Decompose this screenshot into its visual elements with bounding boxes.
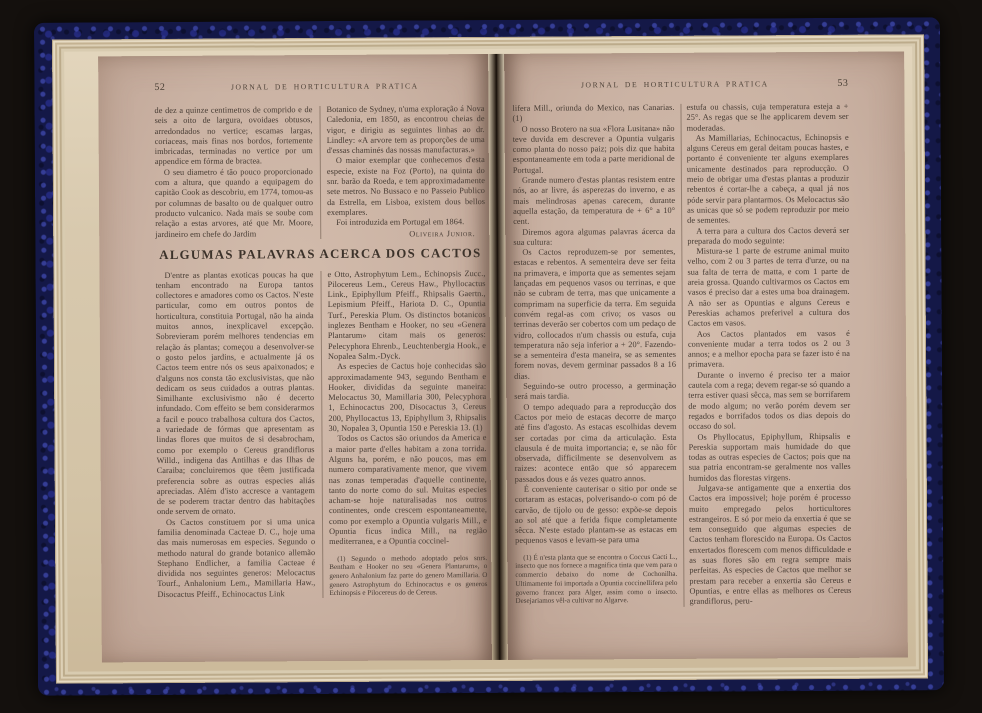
paragraph: Mistura-se 1 parte de estrume animal mui… — [687, 246, 850, 329]
article-title: ALGUMAS PALAVRAS ACERCA DOS CACTOS — [155, 246, 485, 263]
intro-column-1: de dez a quinze centimetros de comprido … — [154, 105, 313, 241]
paragraph: Os Cactos constituem por si uma unica fa… — [157, 517, 316, 600]
right-page-number: 53 — [837, 78, 848, 89]
paragraph: O nosso Brotero na sua «Flora Lusitana» … — [513, 123, 675, 175]
paragraph: e Otto, Astrophytum Lem., Echinopsis Zuc… — [327, 269, 486, 363]
paragraph: Diremos agora algumas palavras ácerca da… — [513, 226, 675, 248]
author-signature: Oliveira Junior. — [327, 228, 485, 240]
article-column-1: D'entre as plantas exoticas poucas ha qu… — [155, 270, 315, 600]
paragraph: Foi introduzida em Portugal em 1864. — [327, 217, 485, 228]
left-page-article-columns: D'entre as plantas exoticas poucas ha qu… — [155, 269, 487, 601]
paragraph: Os Phyllocatus, Epiphyllum, Rhipsalis e … — [688, 431, 850, 483]
paragraph: lifera Mill., oriunda do Mexico, nas Can… — [512, 103, 674, 125]
paragraph: O seu diametro é tão pouco proporcionado… — [155, 167, 313, 240]
paragraph: Julgava-se antigamente que a enxertia do… — [689, 483, 852, 608]
paragraph: estufa ou chassis, cuja temperatura este… — [686, 102, 848, 134]
left-page-header: 52 JORNAL DE HORTICULTURA PRATICA — [154, 80, 484, 93]
paragraph: É conveniente cauterisar o sitio por ond… — [515, 484, 677, 547]
left-running-title: JORNAL DE HORTICULTURA PRATICA — [165, 81, 484, 92]
right-column-2: estufa ou chassis, cuja temperatura este… — [686, 102, 851, 608]
paragraph: Seguindo-se outro processo, a germinação… — [514, 381, 676, 403]
book-scan-photo: 52 JORNAL DE HORTICULTURA PRATICA de dez… — [0, 0, 982, 713]
paragraph: O tempo adequado para a reproducção dos … — [514, 401, 677, 484]
paragraph: Grande numero d'estas plantas resistem e… — [513, 175, 675, 227]
paragraph: As Mamillarias, Echinocactus, Echinopsis… — [687, 133, 850, 227]
open-book: 52 JORNAL DE HORTICULTURA PRATICA de dez… — [0, 0, 982, 713]
footnote: (1) É n'esta planta que se encontra o Co… — [515, 553, 677, 606]
paragraph: Aos Cactos plantados em vasos é convenie… — [688, 328, 850, 370]
paragraph: de dez a quinze centimetros de comprido … — [154, 105, 312, 168]
right-page: JORNAL DE HORTICULTURA PRATICA 53 lifera… — [504, 51, 908, 659]
paragraph: As especies de Cactus hoje conhecidas sã… — [328, 361, 486, 434]
right-page-header: JORNAL DE HORTICULTURA PRATICA 53 — [512, 78, 848, 91]
left-page: 52 JORNAL DE HORTICULTURA PRATICA de dez… — [98, 54, 492, 662]
right-running-title: JORNAL DE HORTICULTURA PRATICA — [512, 79, 837, 90]
page-spread: 52 JORNAL DE HORTICULTURA PRATICA de dez… — [98, 51, 908, 662]
paragraph: O maior exemplar que conhecemos d'esta e… — [327, 156, 485, 219]
paragraph: Durante o inverno é preciso ter a maior … — [688, 370, 850, 433]
left-page-number: 52 — [154, 82, 165, 93]
paragraph: A terra para a cultura dos Cactos deverá… — [687, 225, 849, 247]
article-column-2: e Otto, Astrophytum Lem., Echinopsis Zuc… — [327, 269, 487, 599]
intro-column-2: Botanico de Sydney, n'uma exploração á N… — [326, 104, 485, 240]
right-page-columns: lifera Mill., oriunda do Mexico, nas Can… — [512, 102, 851, 609]
paragraph: Os Cactos reproduzem-se por sementes, es… — [513, 247, 676, 382]
left-page-intro-columns: de dez a quinze centimetros de comprido … — [154, 104, 485, 241]
right-column-1: lifera Mill., oriunda do Mexico, nas Can… — [512, 103, 677, 609]
paragraph: Botanico de Sydney, n'uma exploração á N… — [326, 104, 484, 156]
paragraph: D'entre as plantas exoticas poucas ha qu… — [155, 270, 315, 518]
footnote: (1) Segundo o methodo adoptado pelos snr… — [329, 554, 487, 598]
paragraph: Todos os Cactos são oriundos da America … — [328, 433, 487, 547]
